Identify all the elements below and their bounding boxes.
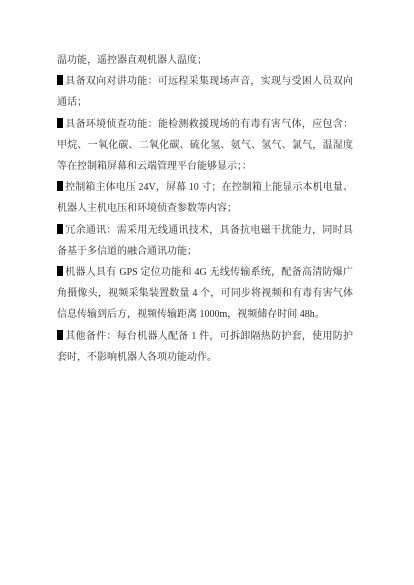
paragraph-text: 冗余通讯：需采用无线通讯技术，具备抗电磁干扰能力，同时具备基于多信道的融合通讯功…: [57, 225, 353, 257]
paragraph-text: 机器人具有 GPS 定位功能和 4G 无线传输系统，配备高清防爆广角摄像头，视频…: [57, 267, 353, 320]
paragraph-text: 其他备件：每台机器人配备 1 件，可拆卸隔热防护套，使用防护套时，不影响机器人各…: [57, 331, 353, 363]
bullet-square-icon: [57, 266, 63, 276]
paragraph-text: 控制箱主体电压 24V，屏幕 10 寸；在控制箱上能显示本机电量、机器人主机电压…: [57, 182, 353, 214]
paragraph: 机器人具有 GPS 定位功能和 4G 无线传输系统，配备高清防爆广角摄像头，视频…: [57, 262, 353, 326]
paragraph-text: 温功能，遥控器直观机器人温度；: [57, 55, 207, 66]
bullet-square-icon: [57, 181, 63, 191]
paragraph-text: 具备双向对讲功能：可远程采集现场声音，实现与受困人员双向通话；: [57, 76, 353, 108]
paragraph: 其他备件：每台机器人配备 1 件，可拆卸隔热防护套，使用防护套时，不影响机器人各…: [57, 326, 353, 368]
bullet-square-icon: [57, 330, 63, 340]
paragraph: 温功能，遥控器直观机器人温度；: [57, 50, 353, 71]
paragraph: 具备双向对讲功能：可远程采集现场声音，实现与受困人员双向通话；: [57, 71, 353, 113]
document-body: 温功能，遥控器直观机器人温度； 具备双向对讲功能：可远程采集现场声音，实现与受困…: [57, 50, 353, 368]
paragraph: 控制箱主体电压 24V，屏幕 10 寸；在控制箱上能显示本机电量、机器人主机电压…: [57, 177, 353, 219]
document-page: 温功能，遥控器直观机器人温度； 具备双向对讲功能：可远程采集现场声音，实现与受困…: [0, 0, 414, 585]
bullet-square-icon: [57, 224, 63, 234]
paragraph: 具备环境侦查功能：能检测救援现场的有毒有害气体，应包含：甲烷、一氧化碳、二氧化碳…: [57, 114, 353, 178]
paragraph: 冗余通讯：需采用无线通讯技术，具备抗电磁干扰能力，同时具备基于多信道的融合通讯功…: [57, 220, 353, 262]
bullet-square-icon: [57, 75, 63, 85]
paragraph-text: 具备环境侦查功能：能检测救援现场的有毒有害气体，应包含：甲烷、一氧化碳、二氧化碳…: [57, 119, 353, 172]
bullet-square-icon: [57, 118, 63, 128]
